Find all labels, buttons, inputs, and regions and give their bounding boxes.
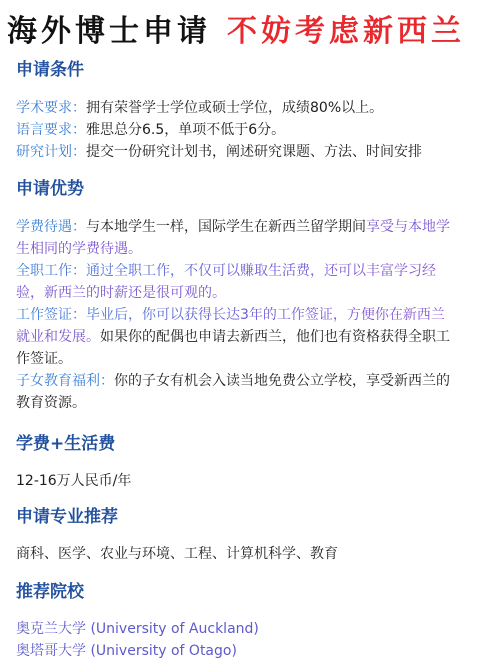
majors-heading: 申请专业推荐 [16,505,492,529]
advantage-text: 教育资源。 [16,395,86,411]
schools-heading: 推荐院校 [16,580,492,604]
advantage-text: 作签证。 [16,351,72,367]
advantage-work-visa: 工作签证：毕业后，你可以获得长达3年的工作签证，方便你在新西兰 [16,304,492,326]
advantages-section: 申请优势 学费待遇：与本地学生一样，国际学生在新西兰留学期间享受与本地学 生相同… [16,177,492,414]
advantage-work-visa-cont2: 作签证。 [16,348,492,370]
advantages-heading: 申请优势 [16,177,492,201]
majors-list: 商科、医学、农业与环境、工程、计算机科学、教育 [16,543,492,565]
advantage-fulltime: 全职工作：通过全职工作，不仅可以赚取生活费，还可以丰富学习经 [16,260,492,282]
requirement-label: 学术要求： [16,100,86,116]
advantage-tuition-cont: 生相同的学费待遇。 [16,238,492,260]
advantage-work-visa-cont: 就业和发展。如果你的配偶也申请去新西兰，他们也有资格获得全职工 [16,326,492,348]
advantage-tuition: 学费待遇：与本地学生一样，国际学生在新西兰留学期间享受与本地学 [16,216,492,238]
requirements-heading: 申请条件 [16,58,492,82]
advantage-text: 验，新西兰的时薪还是很可观的。 [16,285,226,301]
advantage-gradient-text: 工作签证：毕业后，你可以获得长达3年的工作签证，方便你在新西兰 [16,307,445,323]
costs-heading: 学费+生活费 [16,432,492,456]
costs-value: 12-16万人民币/年 [16,470,492,492]
majors-section: 申请专业推荐 商科、医学、农业与环境、工程、计算机科学、教育 [16,505,492,565]
advantage-text: 毕业后，你可以获得长达3年的工作签证，方便你在新西兰 [86,307,445,323]
requirement-language: 语言要求：雅思总分6.5，单项不低于6分。 [16,119,492,141]
requirement-text: 雅思总分6.5，单项不低于6分。 [86,122,285,138]
requirement-research: 研究计划：提交一份研究计划书，阐述研究课题、方法、时间安排 [16,141,492,163]
advantage-text: 与本地学生一样，国际学生在新西兰留学期间 [86,219,366,235]
advantage-label: 子女教育福利： [16,373,114,389]
requirement-label: 语言要求： [16,122,86,138]
advantage-text: 你的子女有机会入读当地免费公立学校，享受新西兰的 [114,373,450,389]
advantage-label: 学费待遇： [16,219,86,235]
advantage-children-cont: 教育资源。 [16,392,492,414]
title-black-part: 海外博士申请 [7,6,211,50]
school-item: 奥塔哥大学 (University of Otago) [16,640,492,661]
page-title: 海外博士申请 不妨考虑新西兰 [7,8,497,48]
advantage-text: 如果你的配偶也申请去新西兰，他们也有资格获得全职工 [100,329,450,345]
schools-section: 推荐院校 奥克兰大学 (University of Auckland) 奥塔哥大… [16,580,492,661]
advantage-label: 工作签证： [16,307,86,323]
advantage-highlight: 享受与本地学 [366,219,450,235]
advantage-highlight: 就业和发展。 [16,329,100,345]
title-red-part: 不妨考虑新西兰 [227,6,465,50]
school-item: 奥克兰大学 (University of Auckland) [16,618,492,640]
requirement-label: 研究计划： [16,144,86,160]
requirements-section: 申请条件 学术要求：拥有荣誉学士学位或硕士学位，成绩80%以上。 语言要求：雅思… [16,58,492,163]
advantage-text: 通过全职工作，不仅可以赚取生活费，还可以丰富学习经 [86,263,436,279]
advantage-highlight: 生相同的学费待遇。 [16,241,142,257]
requirement-academic: 学术要求：拥有荣誉学士学位或硕士学位，成绩80%以上。 [16,97,492,119]
advantage-gradient-text: 全职工作：通过全职工作，不仅可以赚取生活费，还可以丰富学习经 [16,263,436,279]
costs-section: 学费+生活费 12-16万人民币/年 [16,432,492,492]
requirement-text: 提交一份研究计划书，阐述研究课题、方法、时间安排 [86,144,422,160]
advantage-fulltime-cont: 验，新西兰的时薪还是很可观的。 [16,282,492,304]
advantage-children: 子女教育福利：你的子女有机会入读当地免费公立学校，享受新西兰的 [16,370,492,392]
advantage-label: 全职工作： [16,263,86,279]
requirement-text: 拥有荣誉学士学位或硕士学位，成绩80%以上。 [86,100,383,116]
